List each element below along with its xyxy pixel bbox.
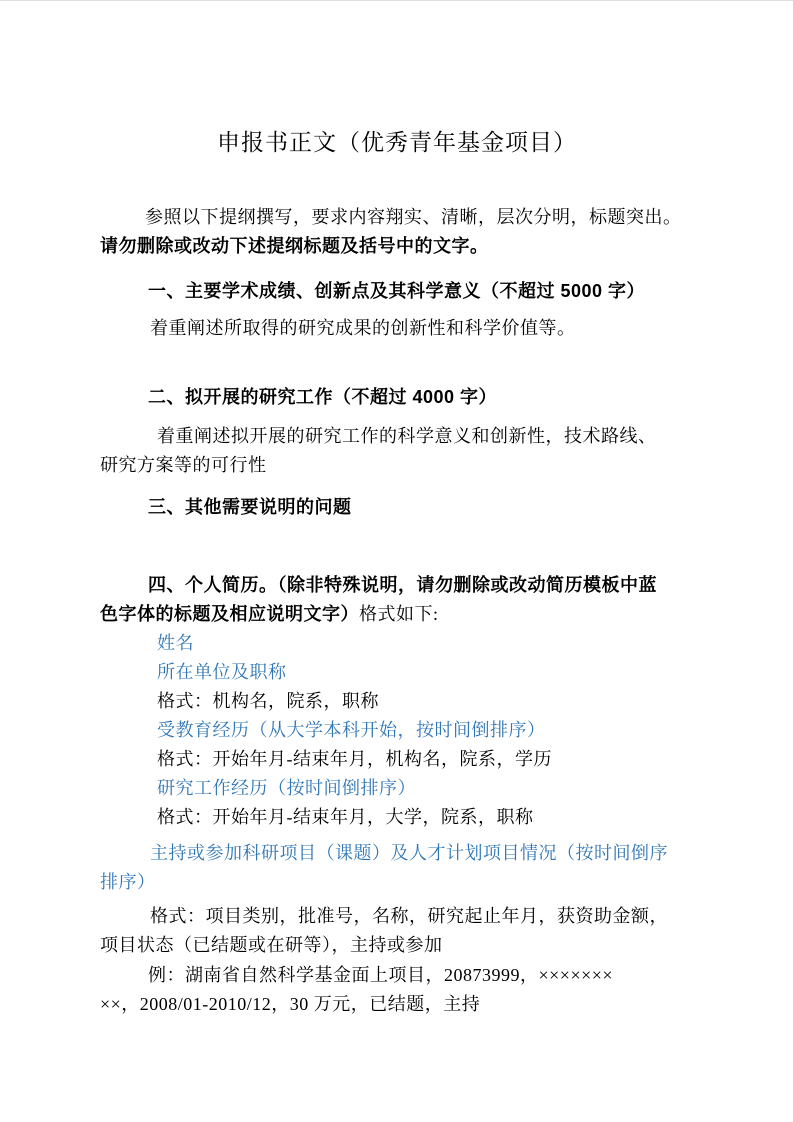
resume-projects-format-line-1: 格式：项目类别，批准号，名称，研究起止年月，获资助金额， xyxy=(100,902,694,931)
intro-paragraph-line-2: 请勿删除或改动下述提纲标题及括号中的文字。 xyxy=(100,232,694,261)
document-title: 申报书正文（优秀青年基金项目） xyxy=(100,125,694,161)
section-4-format-label: 格式如下: xyxy=(359,604,439,624)
document-page: 申报书正文（优秀青年基金项目） 参照以下提纲撰写，要求内容翔实、清晰，层次分明，… xyxy=(0,0,793,1122)
resume-work-heading: 研究工作经历（按时间倒排序） xyxy=(100,774,694,803)
section-1-body: 着重阐述所取得的研究成果的创新性和科学价值等。 xyxy=(100,314,694,343)
resume-name-heading: 姓名 xyxy=(100,629,694,658)
resume-work-format: 格式：开始年月-结束年月，大学，院系，职称 xyxy=(100,803,694,832)
section-2-heading: 二、拟开展的研究工作（不超过 4000 字） xyxy=(100,383,694,412)
section-4-heading-line-1: 四、个人简历。（除非特殊说明，请勿删除或改动简历模板中蓝 xyxy=(100,571,694,600)
resume-projects-heading-line-1: 主持或参加科研项目（课题）及人才计划项目情况（按时间倒序 xyxy=(100,839,694,868)
resume-example-line-1: 例：湖南省自然科学基金面上项目，20873999，××××××× xyxy=(100,961,694,990)
resume-example-line-2: ××，2008/01-2010/12，30 万元，已结题，主持 xyxy=(100,990,694,1019)
section-2-body-line-1: 着重阐述拟开展的研究工作的科学意义和创新性，技术路线、 xyxy=(100,422,694,451)
resume-affiliation-format: 格式：机构名，院系，职称 xyxy=(100,687,694,716)
resume-education-format: 格式：开始年月-结束年月，机构名，院系，学历 xyxy=(100,745,694,774)
resume-projects-format-line-2: 项目状态（已结题或在研等），主持或参加 xyxy=(100,931,694,960)
resume-education-heading: 受教育经历（从大学本科开始，按时间倒排序） xyxy=(100,716,694,745)
section-4-heading-line-2: 色字体的标题及相应说明文字）格式如下: xyxy=(100,600,694,629)
section-1-heading: 一、主要学术成绩、创新点及其科学意义（不超过 5000 字） xyxy=(100,277,694,306)
resume-projects-heading-line-2: 排序） xyxy=(100,868,694,897)
resume-affiliation-heading: 所在单位及职称 xyxy=(100,658,694,687)
intro-paragraph-line-1: 参照以下提纲撰写，要求内容翔实、清晰，层次分明，标题突出。 xyxy=(100,203,694,232)
document-content: 申报书正文（优秀青年基金项目） 参照以下提纲撰写，要求内容翔实、清晰，层次分明，… xyxy=(100,1,694,1019)
section-3-heading: 三、其他需要说明的问题 xyxy=(100,493,694,522)
section-2-body-line-2: 研究方案等的可行性 xyxy=(100,451,694,480)
section-4-heading-bold-tail: 色字体的标题及相应说明文字） xyxy=(100,604,359,624)
